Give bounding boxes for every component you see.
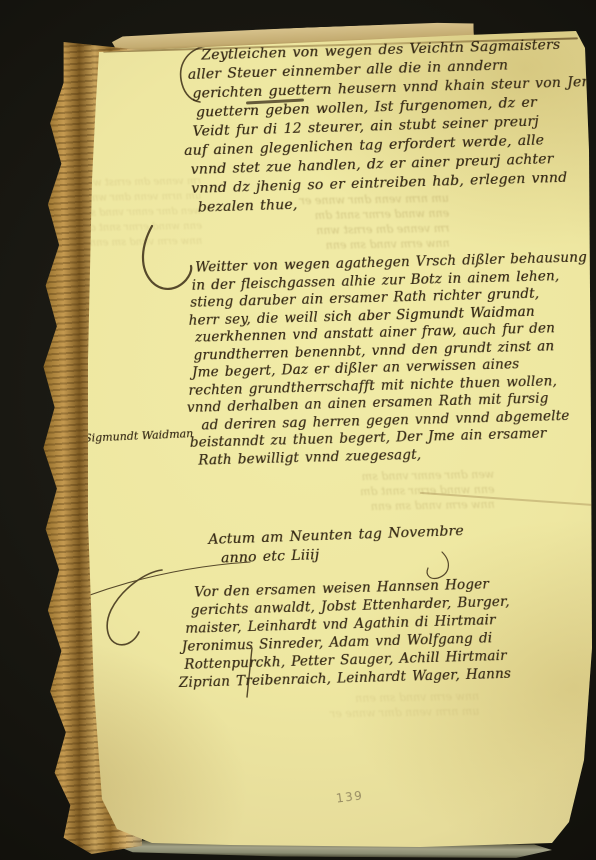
manuscript-photo: um nrm venn dmr wnne er enn wnnd ermr sn…: [0, 0, 596, 860]
paragraph-2: Weitter von wegen agathegen Vrsch dißler…: [183, 249, 592, 469]
paragraph-3: Vor den ersamen weisen Hannsen Hoger ger…: [180, 575, 512, 692]
paragraph-1: Zeytleichen von wegen des Veichtn Sagmai…: [187, 35, 594, 218]
